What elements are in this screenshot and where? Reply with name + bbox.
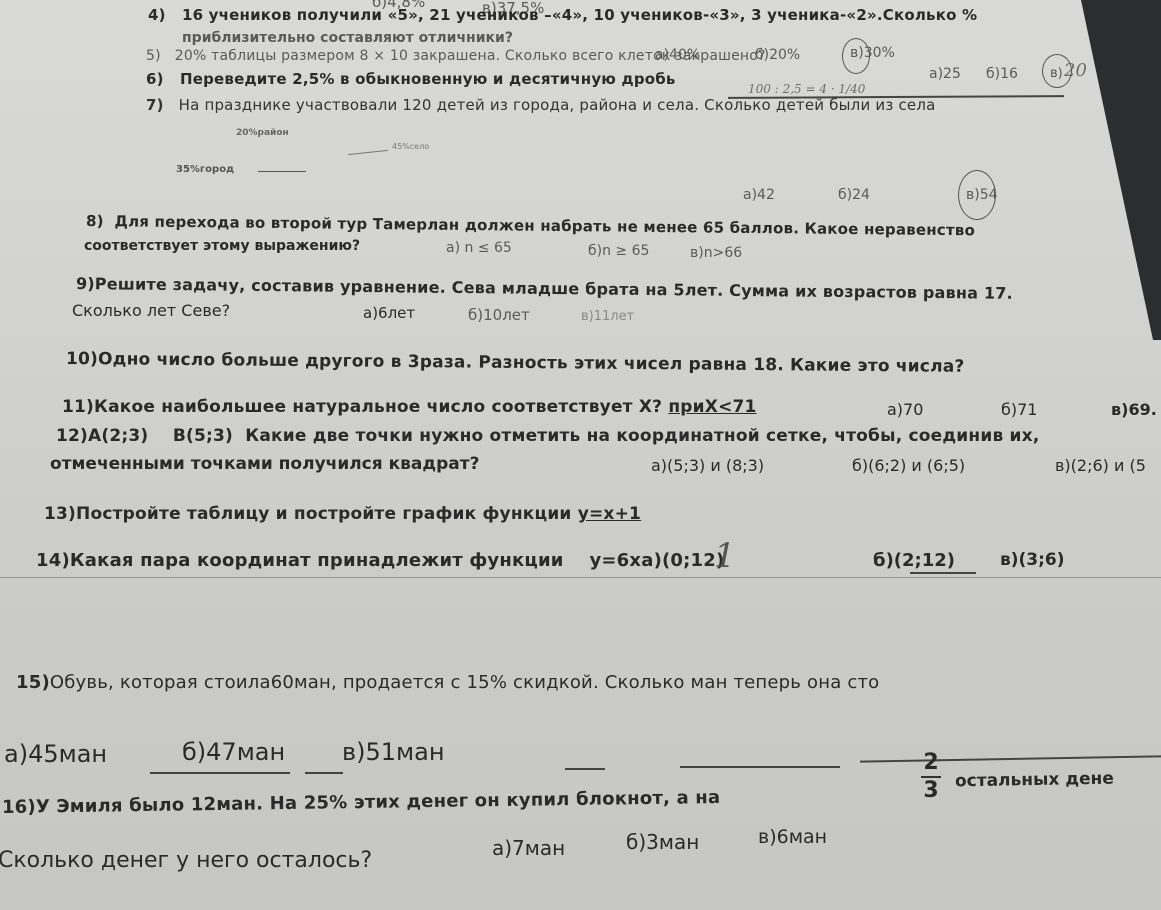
question-13: 13)Постройте таблицу и постройте график … bbox=[44, 504, 641, 524]
q12-option-v: в)(2;6) и (5 bbox=[1055, 456, 1146, 475]
q9-option-a: а)6лет bbox=[363, 304, 415, 322]
question-condition: приX<71 bbox=[668, 397, 756, 417]
q11-option-v: в)69. bbox=[1111, 400, 1157, 419]
question-15: 15)Обувь, которая стоила60ман, продается… bbox=[16, 672, 879, 693]
fraction-numerator: 2 bbox=[923, 752, 938, 774]
question-number: 15) bbox=[16, 672, 50, 693]
question-text: 20% таблицы размером 8 × 10 закрашена. С… bbox=[175, 48, 766, 64]
question-number: 12) bbox=[56, 426, 88, 446]
diagram-label-rayon: 20%район bbox=[236, 128, 289, 138]
q7-option-a: а)42 bbox=[743, 187, 775, 203]
question-16-text2: Сколько денег у него осталось? bbox=[0, 848, 372, 873]
question-14: 14)Какая пара координат принадлежит функ… bbox=[36, 550, 724, 571]
q16-option-b: б)3ман bbox=[626, 830, 699, 854]
question-text: Постройте таблицу и постройте график фун… bbox=[76, 504, 572, 524]
question-4-text2: приблизительно составляют отличники? bbox=[182, 30, 513, 46]
question-16-text-after: остальных дене bbox=[955, 769, 1114, 792]
answer-line bbox=[565, 768, 605, 770]
q16-option-a: а)7ман bbox=[492, 836, 565, 860]
question-text: Какая пара координат принадлежит функции bbox=[70, 550, 564, 571]
q12-option-b: б)(6;2) и (6;5) bbox=[852, 456, 965, 475]
question-text: На празднике участвовали 120 детей из го… bbox=[179, 96, 936, 114]
diagram-label-selo: 45%село bbox=[392, 142, 429, 151]
q9-option-v: в)11лет bbox=[581, 309, 634, 324]
question-number: 14) bbox=[36, 550, 70, 571]
fraction-denominator: 3 bbox=[923, 780, 938, 802]
question-text: Переведите 2,5% в обыкновенную и десятич… bbox=[180, 70, 676, 88]
question-number: 11) bbox=[62, 397, 94, 417]
q5-option-a: а)25 bbox=[929, 66, 961, 82]
question-text: 16 учеников получили «5», 21 учеников –«… bbox=[182, 6, 977, 24]
question-number: 7) bbox=[146, 96, 164, 114]
question-number: 8) bbox=[86, 212, 104, 230]
answer-circle bbox=[842, 38, 870, 74]
q9-option-b: б)10лет bbox=[468, 306, 530, 324]
question-8-text2: соответствует этому выражению? bbox=[84, 238, 360, 254]
fraction-two-thirds: 2 3 bbox=[921, 752, 941, 802]
q8-option-a: а) n ≤ 65 bbox=[446, 240, 512, 256]
q16-option-v: в)6ман bbox=[758, 826, 827, 848]
point-b: B(5;3) bbox=[173, 426, 233, 446]
answer-circle bbox=[1042, 54, 1072, 88]
question-number: 9) bbox=[76, 274, 95, 293]
question-text: Какие две точки нужно отметить на коорди… bbox=[245, 426, 1039, 446]
question-9-text2: Сколько лет Севе? bbox=[72, 301, 230, 320]
question-text: Какое наибольшее натуральное число соотв… bbox=[94, 397, 662, 417]
question-number: 16) bbox=[2, 797, 36, 818]
q15-option-a: а)45ман bbox=[4, 740, 107, 768]
question-7: 7) На празднике участвовали 120 детей из… bbox=[146, 96, 936, 114]
answer-line bbox=[305, 772, 343, 774]
section-divider bbox=[0, 577, 1161, 578]
question-12: 12)A(2;3) B(5;3) Какие две точки нужно о… bbox=[56, 426, 1039, 446]
question-text: Обувь, которая стоила60ман, продается с … bbox=[50, 672, 879, 693]
handwritten-answer: 100 : 2,5 = 4 · 1/40 bbox=[748, 82, 865, 96]
answer-underline bbox=[910, 572, 976, 574]
question-number: 13) bbox=[44, 504, 76, 524]
handwritten-answer: 1 bbox=[714, 536, 736, 576]
q12-option-a: а)(5;3) и (8;3) bbox=[651, 456, 764, 475]
question-number: 5) bbox=[146, 48, 161, 64]
answer-line bbox=[680, 766, 840, 768]
question-12-text2: отмеченными точками получился квадрат? bbox=[50, 454, 479, 474]
q7-option-b: б)24 bbox=[838, 187, 870, 203]
q14-option-a: а)(0;12) bbox=[641, 550, 724, 571]
function-formula: y=x+1 bbox=[578, 504, 641, 524]
question-4: 4) 16 учеников получили «5», 21 учеников… bbox=[148, 6, 977, 24]
question-number: 6) bbox=[146, 70, 164, 88]
answer-circle bbox=[958, 170, 996, 220]
question-5: 5) 20% таблицы размером 8 × 10 закрашена… bbox=[146, 48, 766, 64]
question-6: 6) Переведите 2,5% в обыкновенную и деся… bbox=[146, 70, 676, 88]
q14-option-v: в)(3;6) bbox=[1000, 550, 1065, 570]
question-number: 4) bbox=[148, 6, 166, 24]
function-formula: y=6x bbox=[589, 550, 641, 571]
answer-line bbox=[150, 772, 290, 774]
point-a: A(2;3) bbox=[88, 426, 148, 446]
q8-option-v: в)n>66 bbox=[690, 245, 742, 261]
q5-option-b: б)16 bbox=[986, 66, 1018, 82]
diagram-pointer bbox=[258, 171, 306, 172]
q15-option-b: б)47ман bbox=[182, 738, 285, 766]
q8-option-b: б)n ≥ 65 bbox=[588, 243, 649, 259]
q11-option-a: а)70 bbox=[887, 400, 923, 419]
question-number: 10) bbox=[66, 349, 98, 369]
q15-option-v: в)51ман bbox=[342, 738, 445, 766]
diagram-label-gorod: 35%город bbox=[176, 164, 234, 175]
q11-option-b: б)71 bbox=[1001, 400, 1037, 419]
q14-option-b: б)(2;12) bbox=[873, 550, 955, 571]
question-11: 11)Какое наибольшее натуральное число со… bbox=[62, 397, 757, 417]
